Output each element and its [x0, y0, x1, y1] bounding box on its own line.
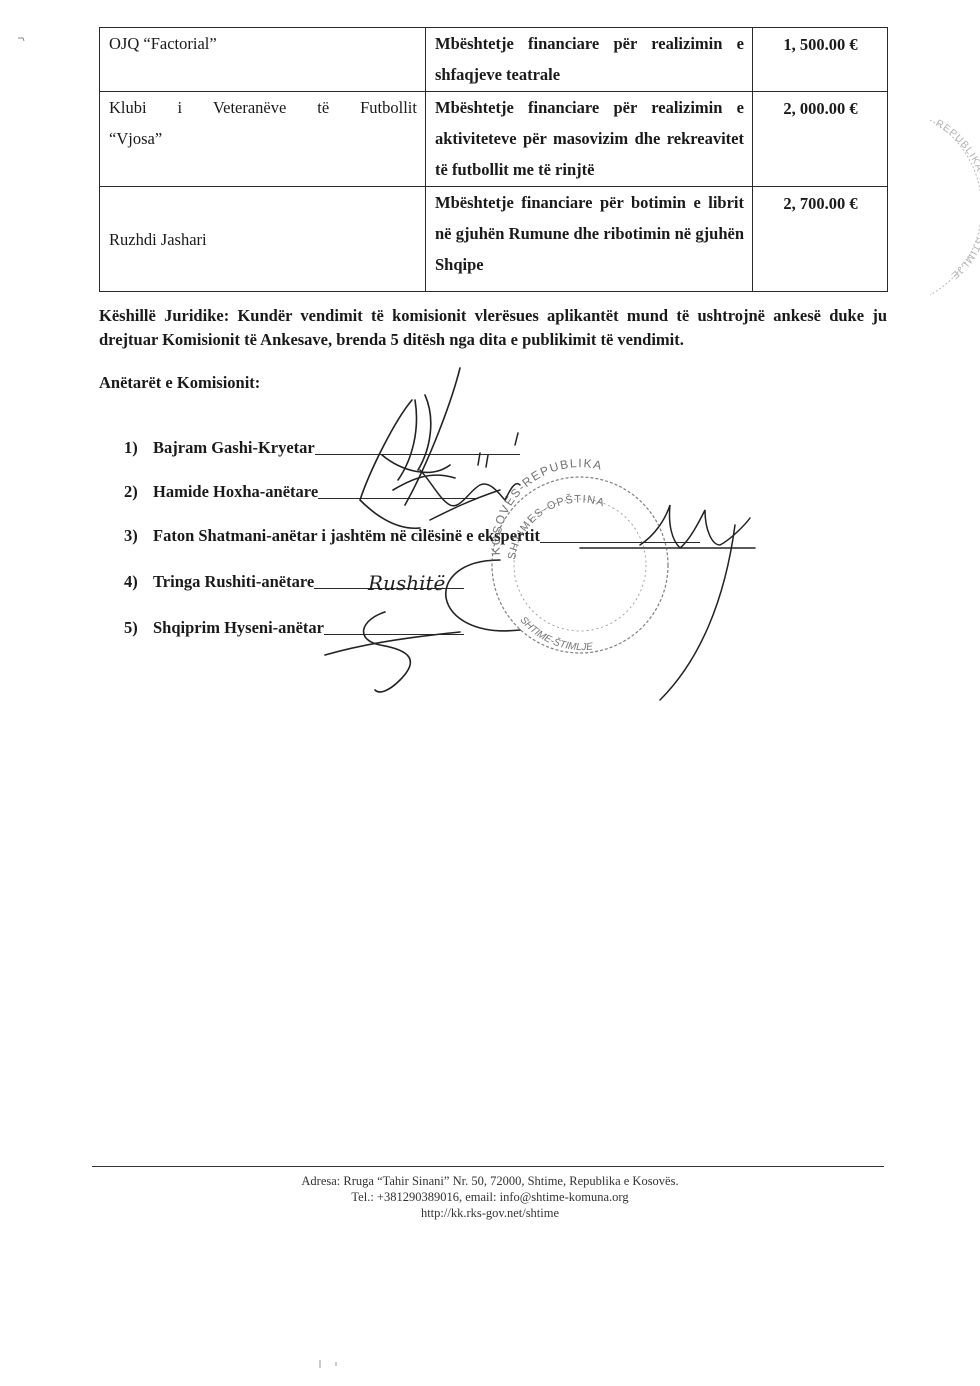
applicant-cell: KlubiiVeteranëvetëFutbollit “Vjosa”	[100, 92, 426, 187]
legal-advice: Këshillë Juridike: Kundër vendimit të ko…	[99, 304, 887, 352]
signature-line	[540, 541, 700, 543]
signature-line	[315, 453, 520, 455]
amount-cell: 2, 000.00 €	[753, 92, 888, 187]
applicant-cell: OJQ “Factorial”	[100, 28, 426, 92]
applicant-word: Klubi	[109, 92, 147, 123]
table-row: OJQ “Factorial” Mbështetje financiare pë…	[100, 28, 888, 92]
applicant-line-1: KlubiiVeteranëvetëFutbollit	[109, 92, 417, 123]
svg-text:SHTIME-ŠTIMLJE: SHTIME-ŠTIMLJE	[518, 615, 594, 653]
side-stamp-icon: REPUBLIKA • OPŠTINA ŠTIMLJE	[930, 118, 980, 295]
member-number: 5)	[124, 618, 153, 638]
svg-text:REPUBLIKA • OPŠTINA ŠTIMLJE: REPUBLIKA • OPŠTINA ŠTIMLJE	[934, 118, 980, 281]
purpose-cell: Mbështetje financiare për realizimin e s…	[426, 28, 753, 92]
applicant-line-2: “Vjosa”	[109, 123, 417, 154]
members-label: Anëtarët e Komisionit:	[99, 373, 260, 393]
footer-address: Adresa: Rruga “Tahir Sinani” Nr. 50, 720…	[250, 1173, 730, 1189]
member-item: 1) Bajram Gashi-Kryetar	[124, 438, 520, 458]
applicant-word: Futbollit	[360, 92, 417, 123]
applicant-word: i	[178, 92, 183, 123]
footer-website: http://kk.rks-gov.net/shtime	[250, 1205, 730, 1221]
member-name: Hamide Hoxha-anëtare	[153, 482, 318, 502]
grants-table: OJQ “Factorial” Mbështetje financiare pë…	[99, 27, 888, 292]
member-name: Faton Shatmani-anëtar i jashtëm në cilës…	[153, 526, 540, 546]
member-number: 2)	[124, 482, 153, 502]
amount-cell: 2, 700.00 €	[753, 187, 888, 292]
footer-contact: Tel.: +381290389016, email: info@shtime-…	[250, 1189, 730, 1205]
member-number: 3)	[124, 526, 153, 546]
municipal-stamp-icon: KOSOVËS-REPUBLIKA SHTIMES-OPŠTINA SHTIME…	[489, 456, 668, 653]
table-row: KlubiiVeteranëvetëFutbollit “Vjosa” Mbës…	[100, 92, 888, 187]
signature-line	[324, 633, 464, 635]
footer: Adresa: Rruga “Tahir Sinani” Nr. 50, 720…	[250, 1173, 730, 1221]
member-name: Bajram Gashi-Kryetar	[153, 438, 315, 458]
purpose-cell: Mbështetje financiare për realizimin e a…	[426, 92, 753, 187]
margin-mark-icon	[18, 38, 24, 41]
document-page: OJQ “Factorial” Mbështetje financiare pë…	[0, 0, 980, 1386]
signature-line	[318, 497, 478, 499]
member-name: Shqiprim Hyseni-anëtar	[153, 618, 324, 638]
member-number: 4)	[124, 572, 153, 592]
applicant-cell: Ruzhdi Jashari	[100, 187, 426, 292]
amount-cell: 1, 500.00 €	[753, 28, 888, 92]
table-row: Ruzhdi Jashari Mbështetje financiare për…	[100, 187, 888, 292]
applicant-word: Veteranëve	[213, 92, 286, 123]
footer-divider	[92, 1166, 884, 1167]
member-number: 1)	[124, 438, 153, 458]
scan-mark-icon	[320, 1360, 336, 1368]
signature-line	[314, 587, 464, 589]
member-item: 4) Tringa Rushiti-anëtare	[124, 572, 464, 592]
applicant-word: të	[317, 92, 329, 123]
purpose-cell: Mbështetje financiare për botimin e libr…	[426, 187, 753, 292]
member-name: Tringa Rushiti-anëtare	[153, 572, 314, 592]
member-item: 2) Hamide Hoxha-anëtare	[124, 482, 478, 502]
member-item: 5) Shqiprim Hyseni-anëtar	[124, 618, 464, 638]
member-item: 3) Faton Shatmani-anëtar i jashtëm në ci…	[124, 526, 700, 546]
